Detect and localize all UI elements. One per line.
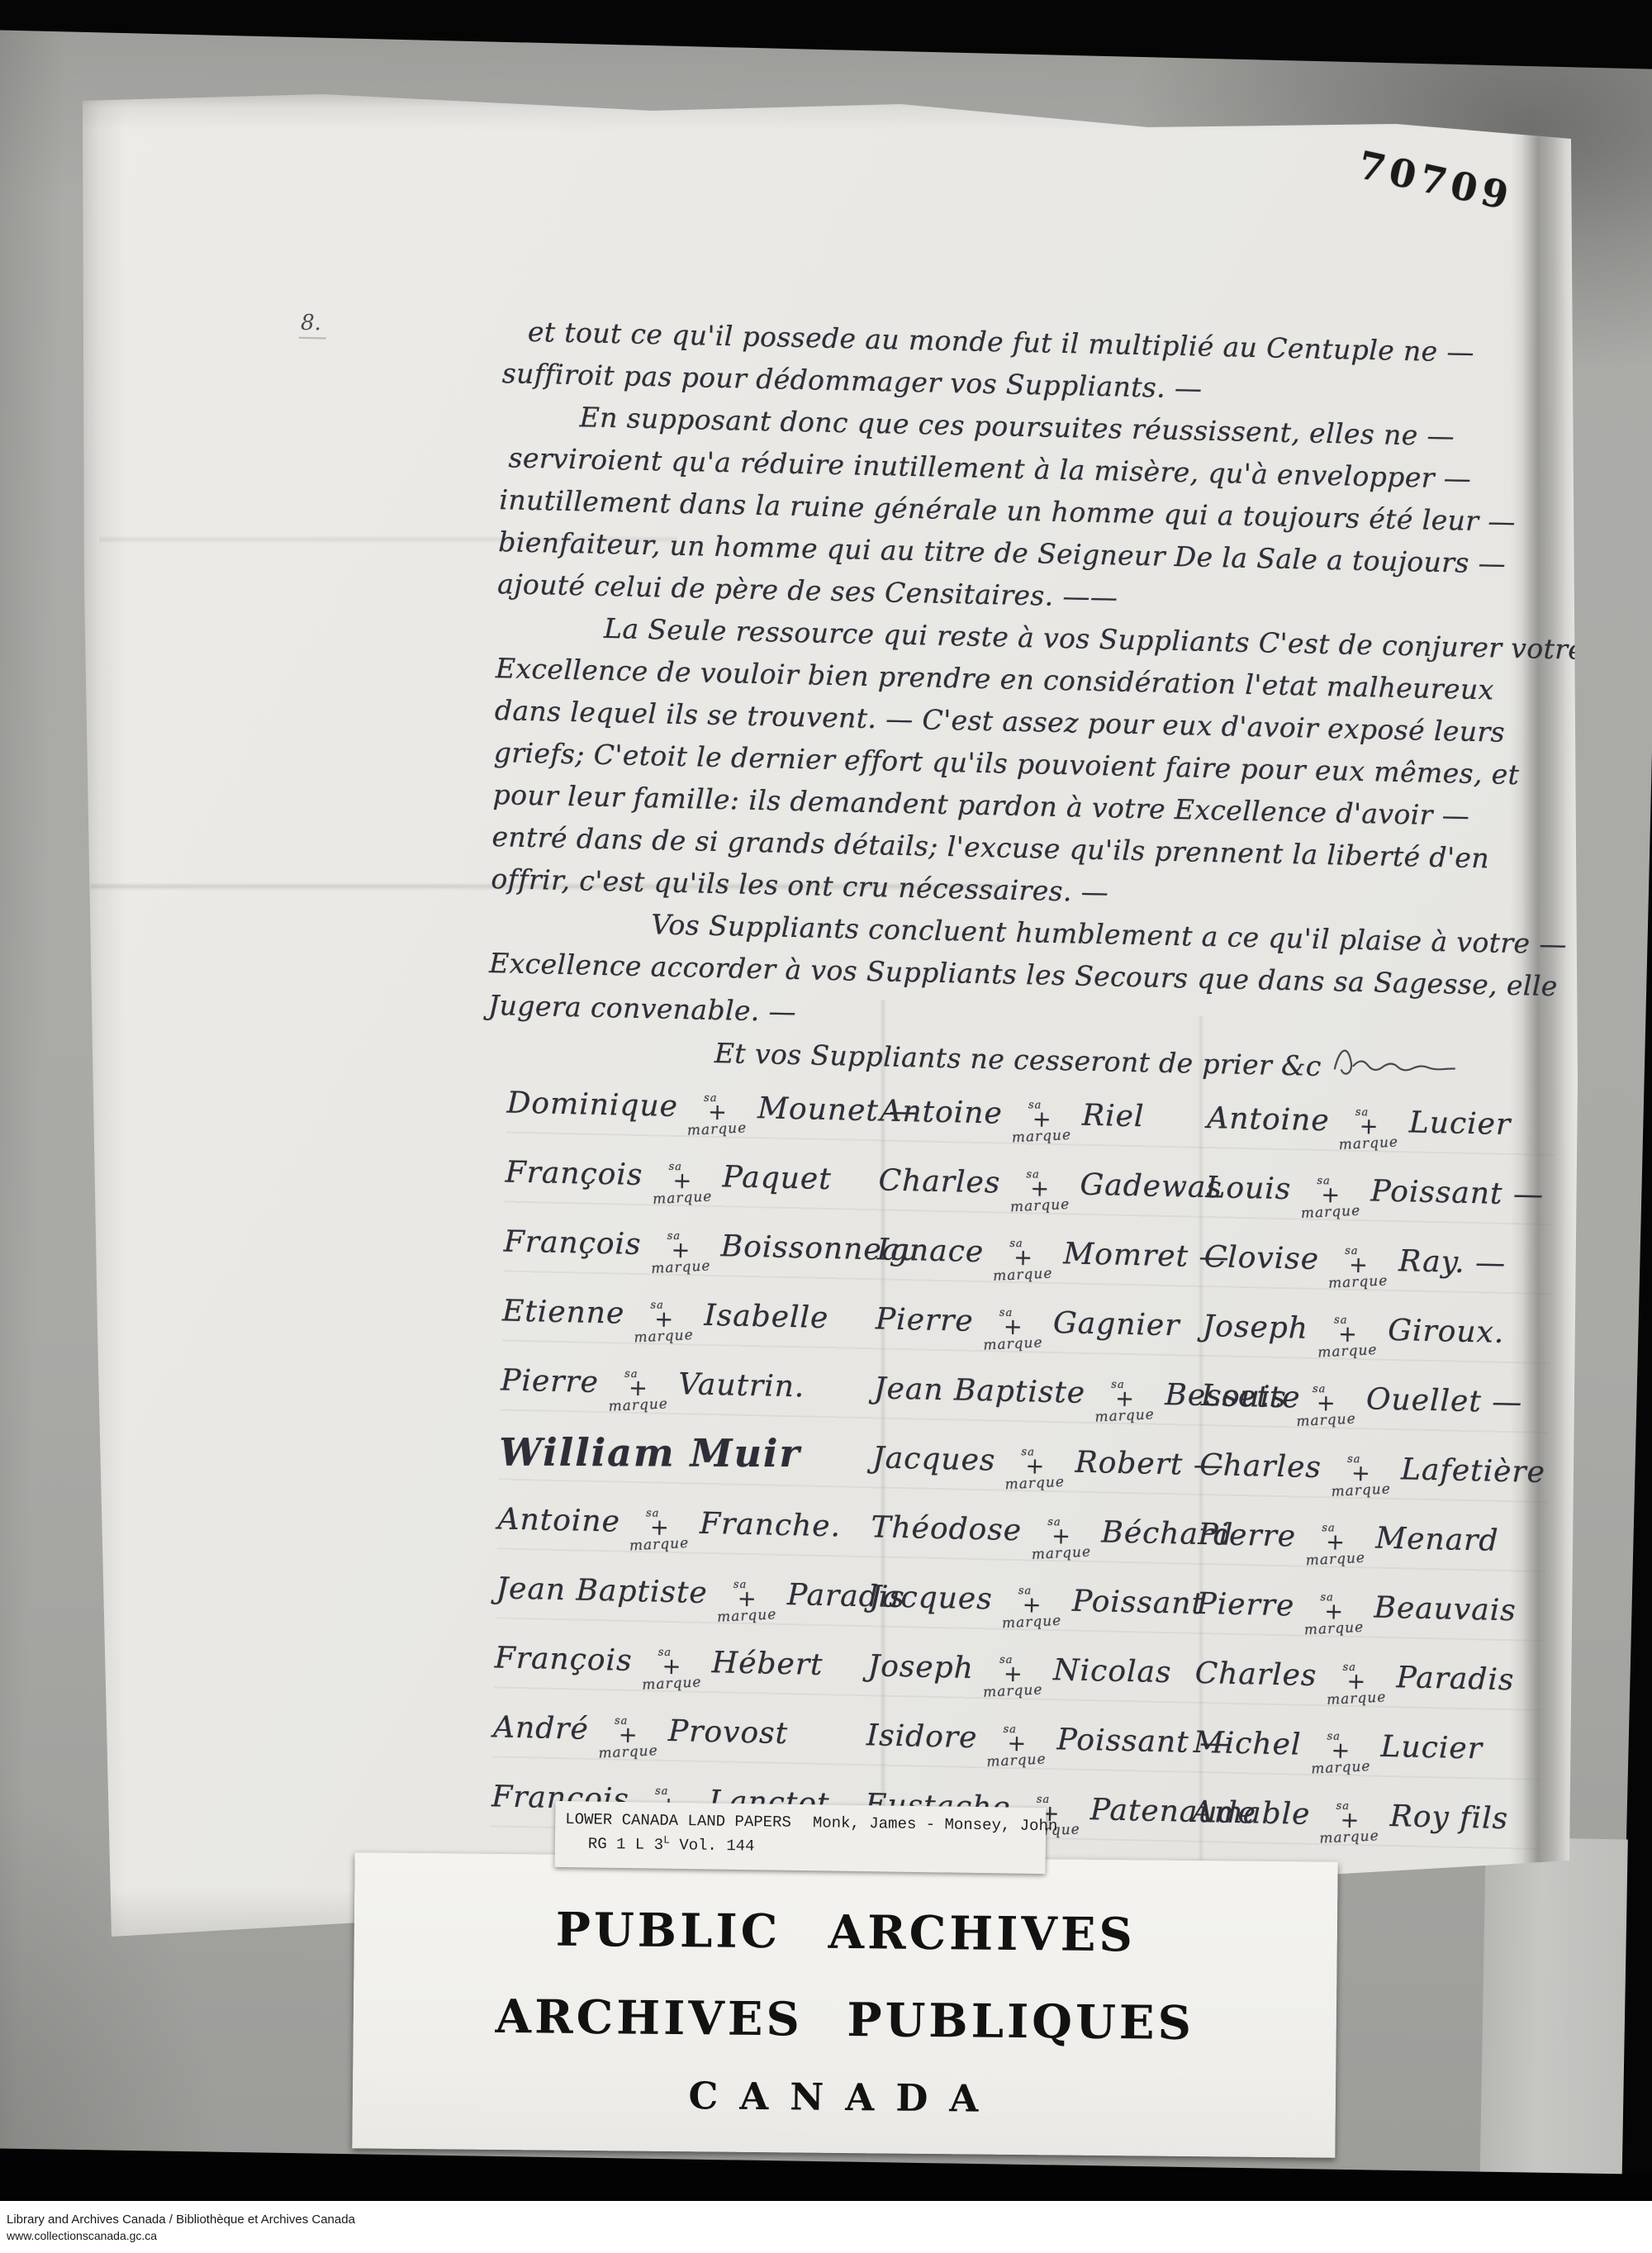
- mark-word-sa: sa: [999, 1655, 1014, 1666]
- mark-word-sa: sa: [1336, 1801, 1350, 1812]
- his-mark-cross: sa+marque: [687, 1091, 748, 1138]
- signer-given-name: Amable: [1192, 1795, 1311, 1832]
- signature-by-mark: Charlessa+marqueLafetière: [1199, 1443, 1546, 1495]
- signature-by-mark: Louissa+marqueOuellet —: [1200, 1373, 1522, 1425]
- his-mark-cross: sa+marque: [642, 1645, 702, 1692]
- signer-given-name: Jacques: [869, 1580, 993, 1616]
- his-mark-cross: sa+marque: [1296, 1381, 1356, 1428]
- mark-word-marque: marque: [986, 1752, 1047, 1769]
- signature-by-mark: Françoissa+marqueHébert: [494, 1635, 824, 1688]
- his-mark-cross: sa+marque: [983, 1652, 1043, 1699]
- signer-given-name: Jacques: [872, 1441, 996, 1477]
- his-mark-cross: sa+marque: [717, 1577, 777, 1624]
- signature-by-mark: Josephsa+marqueNicolas: [867, 1643, 1172, 1695]
- his-mark-cross: sa+marque: [987, 1722, 1047, 1769]
- signature-by-mark: Clovisesa+marqueRay. —: [1203, 1234, 1507, 1286]
- signature-by-mark: Michelsa+marqueLucier: [1193, 1720, 1483, 1772]
- signer-surname: Giroux.: [1388, 1314, 1505, 1350]
- mark-word-marque: marque: [983, 1336, 1043, 1352]
- mark-word-sa: sa: [650, 1300, 664, 1310]
- mark-word-marque: marque: [1331, 1482, 1391, 1499]
- public-archives-card: PUBLIC ARCHIVES ARCHIVES PUBLIQUES CANAD…: [352, 1852, 1337, 2157]
- his-mark-cross: sa+marque: [653, 1159, 713, 1206]
- mark-word-sa: sa: [1347, 1454, 1361, 1465]
- mark-word-marque: marque: [1328, 1274, 1389, 1290]
- signature-by-mark: Pierresa+marqueMenard: [1198, 1512, 1499, 1564]
- signer-given-name: François: [503, 1224, 642, 1262]
- signature-by-mark: Charlessa+marqueGadewas: [878, 1157, 1222, 1210]
- signature-by-mark: Louissa+marquePoissant —: [1205, 1165, 1545, 1218]
- mark-word-sa: sa: [733, 1580, 748, 1590]
- mark-word-marque: marque: [1317, 1343, 1378, 1360]
- signer-given-name: Etienne: [502, 1294, 625, 1330]
- mark-word-sa: sa: [624, 1369, 638, 1380]
- mark-word-sa: sa: [1327, 1731, 1341, 1742]
- his-mark-cross: sa+marque: [634, 1298, 695, 1345]
- signer-given-name: Joseph: [867, 1649, 974, 1685]
- flourish-icon: [1327, 1044, 1460, 1095]
- signer-given-name: Antoine: [497, 1502, 620, 1538]
- his-mark-cross: sa+marque: [1031, 1514, 1091, 1561]
- mark-word-sa: sa: [1037, 1794, 1051, 1805]
- mark-word-sa: sa: [668, 1162, 682, 1172]
- mark-word-marque: marque: [1305, 1552, 1365, 1568]
- mark-word-sa: sa: [1018, 1585, 1032, 1596]
- mark-word-marque: marque: [717, 1608, 777, 1624]
- signer-given-name: Jean Baptiste: [496, 1571, 708, 1610]
- signer-surname: Beauvais: [1374, 1591, 1517, 1628]
- signer-given-name: Charles: [878, 1163, 1001, 1200]
- signer-given-name: Pierre: [876, 1302, 975, 1338]
- mark-word-sa: sa: [1028, 1100, 1042, 1110]
- mark-word-sa: sa: [646, 1508, 660, 1519]
- signer-given-name: Clovise: [1203, 1240, 1319, 1276]
- signer-surname: Poissant —: [1370, 1174, 1544, 1212]
- signer-given-name: William: [499, 1430, 675, 1476]
- signature-by-mark: Antoinesa+marqueRiel: [880, 1088, 1145, 1139]
- signature-by-mark: Josephsa+marqueGiroux.: [1202, 1304, 1505, 1356]
- signature-by-mark: Pierresa+marqueBeauvais: [1196, 1581, 1517, 1633]
- mark-word-sa: sa: [658, 1647, 672, 1658]
- signature-autograph: WilliamMuir: [499, 1430, 801, 1476]
- signer-given-name: François: [505, 1155, 643, 1192]
- signer-given-name: Dominique: [506, 1086, 678, 1124]
- card-line-archives-publiques: ARCHIVES PUBLIQUES: [354, 1988, 1337, 2051]
- his-mark-cross: sa+marque: [629, 1506, 690, 1553]
- his-mark-cross: sa+marque: [1331, 1452, 1391, 1499]
- signature-by-mark: Jacquessa+marquePoissant: [869, 1574, 1204, 1627]
- mark-word-marque: marque: [1009, 1198, 1070, 1214]
- mark-word-marque: marque: [1339, 1136, 1399, 1153]
- his-mark-cross: sa+marque: [1339, 1105, 1399, 1152]
- document-scan: 70709 8. et tout ce qu'il possede au mon…: [0, 0, 1652, 2253]
- signer-given-name: Antoine: [880, 1094, 1003, 1130]
- signature-by-mark: Amablesa+marqueRoy fils: [1191, 1790, 1508, 1842]
- footer-institution-line: Library and Archives Canada / Bibliothèq…: [7, 2213, 355, 2227]
- signer-surname: Poissant: [1071, 1585, 1204, 1621]
- mark-word-marque: marque: [1326, 1690, 1386, 1707]
- signer-given-name: André: [493, 1710, 590, 1747]
- his-mark-cross: sa+marque: [1002, 1584, 1062, 1631]
- mark-word-marque: marque: [983, 1683, 1043, 1699]
- page-number-note: 8.: [299, 311, 327, 340]
- his-mark-cross: sa+marque: [1305, 1521, 1365, 1568]
- his-mark-cross: sa+marque: [1311, 1729, 1371, 1776]
- mark-word-sa: sa: [615, 1716, 629, 1727]
- archive-number-stamp: 70709: [1355, 142, 1517, 219]
- signature-by-mark: Antoinesa+marqueFranche.: [497, 1496, 842, 1549]
- signer-given-name: Charles: [1199, 1448, 1322, 1485]
- signer-surname: Lucier: [1408, 1105, 1511, 1142]
- signature-by-mark: Théodosesa+marqueBéchard: [871, 1504, 1234, 1558]
- label-name-range: Monk, James - Monsey, John: [813, 1813, 1058, 1835]
- his-mark-cross: sa+marque: [983, 1305, 1043, 1352]
- label-series-title: LOWER CANADA LAND PAPERS: [565, 1810, 791, 1832]
- his-mark-cross: sa+marque: [1094, 1377, 1155, 1424]
- signature-by-mark: Jacquessa+marqueRobert —: [872, 1435, 1225, 1488]
- signer-given-name: Michel: [1193, 1726, 1301, 1762]
- signer-surname: Menard: [1375, 1522, 1499, 1558]
- signer-surname: Isabelle: [704, 1299, 829, 1335]
- signer-given-name: Jean Baptiste: [874, 1371, 1086, 1410]
- mark-word-sa: sa: [1322, 1523, 1336, 1533]
- signer-given-name: Pierre: [1196, 1587, 1295, 1623]
- mark-word-sa: sa: [1355, 1107, 1370, 1118]
- signer-surname: Ray. —: [1398, 1244, 1507, 1281]
- his-mark-cross: sa+marque: [598, 1714, 658, 1761]
- mark-word-marque: marque: [1320, 1829, 1380, 1846]
- his-mark-cross: sa+marque: [1328, 1243, 1389, 1290]
- his-mark-cross: sa+marque: [1005, 1445, 1066, 1492]
- signer-given-name: François: [494, 1641, 633, 1678]
- mark-word-marque: marque: [651, 1259, 711, 1276]
- mark-word-marque: marque: [993, 1267, 1053, 1283]
- his-mark-cross: sa+marque: [1301, 1174, 1361, 1221]
- signer-surname: Nicolas: [1053, 1653, 1172, 1690]
- signer-surname: Gadewas: [1080, 1168, 1222, 1205]
- label-rg-number: RG 1 L 3: [588, 1835, 664, 1854]
- mark-word-marque: marque: [1300, 1205, 1360, 1221]
- mark-word-marque: marque: [1296, 1412, 1356, 1428]
- signature-by-mark: Andrésa+marqueProvost: [492, 1704, 788, 1756]
- mark-word-marque: marque: [642, 1675, 702, 1692]
- signature-by-mark: Charlessa+marqueParadis: [1194, 1651, 1515, 1703]
- signer-given-name: Antoine: [1207, 1101, 1330, 1138]
- signer-surname: Roy fils: [1389, 1799, 1508, 1836]
- mark-word-marque: marque: [598, 1744, 658, 1761]
- signer-surname: Hébert: [711, 1646, 824, 1682]
- signature-by-mark: Dominiquesa+marqueMounet —: [506, 1080, 920, 1134]
- label-volume: Vol. 144: [670, 1836, 755, 1855]
- signature-by-mark: Françoissa+marqueBoissonneau: [503, 1219, 921, 1273]
- signer-surname: Gagnier: [1053, 1306, 1180, 1343]
- signature-by-mark: Jean Baptistesa+marqueParadis: [496, 1566, 905, 1620]
- signer-surname: Vautrin.: [678, 1367, 805, 1404]
- mark-word-sa: sa: [1003, 1724, 1017, 1735]
- card-line-canada: CANADA: [353, 2070, 1336, 2123]
- signer-surname: Lucier: [1380, 1730, 1483, 1766]
- mark-word-sa: sa: [1345, 1246, 1359, 1257]
- signer-given-name: Isidore: [866, 1718, 978, 1755]
- his-mark-cross: sa+marque: [1010, 1167, 1070, 1214]
- mark-word-marque: marque: [1002, 1614, 1062, 1631]
- signature-by-mark: Antoinesa+marqueLucier: [1207, 1096, 1512, 1148]
- mark-word-marque: marque: [1310, 1760, 1370, 1776]
- mark-word-sa: sa: [1021, 1447, 1035, 1457]
- signer-given-name: Ignace: [876, 1233, 984, 1269]
- signature-by-mark: Etiennesa+marqueIsabelle: [501, 1288, 828, 1341]
- mark-word-sa: sa: [704, 1093, 718, 1104]
- mark-word-sa: sa: [1026, 1169, 1040, 1180]
- signer-given-name: Pierre: [501, 1363, 600, 1400]
- mark-word-marque: marque: [652, 1190, 712, 1206]
- his-mark-cross: sa+marque: [608, 1367, 668, 1414]
- mark-word-sa: sa: [1009, 1238, 1023, 1249]
- signature-by-mark: Isidoresa+marquePoissant —: [866, 1713, 1230, 1766]
- signature-by-mark: Pierresa+marqueVautrin.: [501, 1357, 805, 1409]
- signature-by-mark: Françoissa+marquePaquet: [505, 1149, 832, 1202]
- page-content: 70709 8. et tout ce qu'il possede au mon…: [42, 97, 1577, 1972]
- his-mark-cross: sa+marque: [1320, 1799, 1380, 1846]
- signer-surname: Paquet: [722, 1160, 832, 1196]
- card-line-public-archives: PUBLIC ARCHIVES: [354, 1900, 1338, 1964]
- his-mark-cross: sa+marque: [1012, 1098, 1072, 1145]
- mark-word-sa: sa: [655, 1786, 669, 1797]
- footer-url: www.collectionscanada.gc.ca: [7, 2229, 157, 2242]
- signer-surname: Franche.: [700, 1507, 842, 1544]
- mark-word-marque: marque: [1094, 1408, 1155, 1424]
- his-mark-cross: sa+marque: [651, 1229, 711, 1276]
- mark-word-marque: marque: [1012, 1129, 1072, 1145]
- mark-word-marque: marque: [687, 1121, 748, 1138]
- manuscript-page: 70709 8. et tout ce qu'il possede au mon…: [74, 91, 1582, 1946]
- signer-given-name: Joseph: [1202, 1309, 1308, 1346]
- signer-given-name: Théodose: [871, 1510, 1023, 1547]
- signer-surname: Ouellet —: [1366, 1382, 1523, 1419]
- signer-surname: Paradis: [1396, 1661, 1515, 1697]
- signer-surname: Muir: [690, 1431, 800, 1476]
- signature-by-mark: Pierresa+marqueGagnier: [875, 1296, 1180, 1348]
- signer-surname: Provost: [668, 1714, 789, 1751]
- mark-word-marque: marque: [1004, 1476, 1065, 1492]
- mark-word-sa: sa: [999, 1308, 1014, 1319]
- his-mark-cross: sa+marque: [1304, 1590, 1365, 1637]
- mark-word-sa: sa: [1342, 1662, 1356, 1673]
- signer-surname: Riel: [1082, 1099, 1145, 1134]
- archive-reference-label: LOWER CANADA LAND PAPERSMonk, James - Mo…: [554, 1801, 1046, 1874]
- mark-word-marque: marque: [608, 1397, 668, 1414]
- manuscript-paragraphs: et tout ce qu'il possede au monde fut il…: [487, 310, 1544, 1091]
- backing-sheet-edge: [1479, 1837, 1628, 2200]
- lac-footer: Library and Archives Canada / Bibliothèq…: [0, 2201, 1652, 2253]
- mark-word-sa: sa: [1320, 1592, 1334, 1603]
- signature-by-mark: Ignacesa+marqueMomret —: [876, 1227, 1230, 1280]
- mark-word-sa: sa: [1317, 1176, 1331, 1186]
- signer-given-name: Charles: [1194, 1656, 1317, 1693]
- mark-word-sa: sa: [1047, 1517, 1061, 1528]
- his-mark-cross: sa+marque: [1317, 1313, 1378, 1360]
- signer-given-name: Louis: [1205, 1171, 1292, 1206]
- his-mark-cross: sa+marque: [1327, 1660, 1387, 1707]
- mark-word-marque: marque: [629, 1537, 690, 1553]
- mark-word-marque: marque: [634, 1329, 694, 1345]
- mark-word-sa: sa: [1313, 1384, 1327, 1395]
- mark-word-marque: marque: [1031, 1546, 1091, 1562]
- mark-word-sa: sa: [1334, 1314, 1348, 1325]
- mark-word-marque: marque: [1303, 1621, 1364, 1637]
- his-mark-cross: sa+marque: [993, 1236, 1053, 1283]
- mark-word-sa: sa: [1111, 1380, 1125, 1390]
- signer-surname: Lafetière: [1401, 1452, 1546, 1490]
- signer-given-name: Louis: [1201, 1379, 1288, 1414]
- signer-given-name: Pierre: [1198, 1518, 1297, 1554]
- mark-word-sa: sa: [667, 1231, 681, 1242]
